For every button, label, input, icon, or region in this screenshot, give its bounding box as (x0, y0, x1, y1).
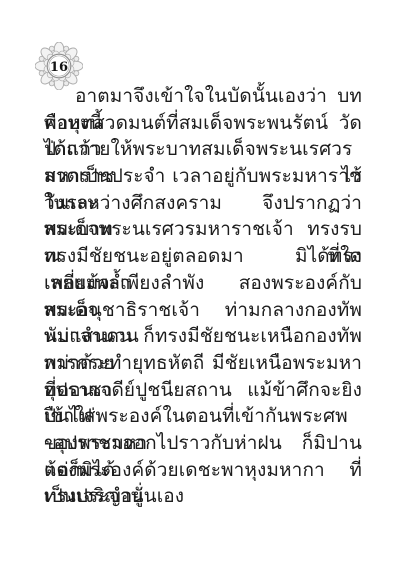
book-page: 16 อาตมาจึงเข้าใจในบัดนั้นเองว่า บทพาหุง… (0, 0, 400, 570)
text-line: ได้ถวายให้พระบาทสมเด็จพระนเรศวรมหาราช ไว… (44, 136, 362, 163)
text-line: สวดเป็นประจำ เวลาอยู่กับพระมหาราชวังและ (44, 163, 362, 190)
text-line: ต้องพระองค์ด้วยเดชะพาหุงมหากา ที่ทรงเจริ… (44, 457, 362, 484)
text-line: คือบทสวดมนต์ที่สมเด็จพระพนรัตน์ วัดป่าแก… (44, 110, 362, 137)
body-text: อาตมาจึงเข้าใจในบัดนั้นเองว่า บทพาหุงนี้… (44, 83, 362, 510)
text-line: นับแสนคน ก็ทรงมีชัยชนะเหนือกองทัพพม่าด้ว… (44, 323, 362, 350)
text-line: –อุปราชาออกไปราวกับห่าฝน ก็มิปานแต่ก็มิไ… (44, 430, 362, 457)
text-line: เลยแม้จะเพียงลำพัง สองพระองค์กับสมเด็จ (44, 270, 362, 297)
text-line: ในระหว่างศึกสงคราม จึงปรากฏว่าพระบาท (44, 190, 362, 217)
text-line: พระอนุชาธิราชเจ้า ท่ามกลางกองทัพพม่าจำนว… (44, 297, 362, 324)
text-line: ทรงมีชัยชนะอยู่ตลอดมา มิได้ทรงเพลี่ยงพล้… (44, 243, 362, 270)
text-line: ที่ดอนเจดีย์ปูชนียสถาน แม้ข้าศึกจะยิงปืน… (44, 377, 362, 404)
text-line: สมเด็จพระนเรศวรมหาราชเจ้า ทรงรบ ณ ที่ใด (44, 216, 362, 243)
text-line: เข้าใส่พระองค์ในตอนที่เข้ากันพระศพของพระ… (44, 403, 362, 430)
text-line: การกระทำยุทธหัตถี มีชัยเหนือพระมหาอุปราช… (44, 350, 362, 377)
text-line: เป็นประจำนั่นเอง (44, 483, 362, 510)
text-line: อาตมาจึงเข้าใจในบัดนั้นเองว่า บทพาหุงนี้ (44, 83, 362, 110)
page-number: 16 (50, 60, 68, 75)
